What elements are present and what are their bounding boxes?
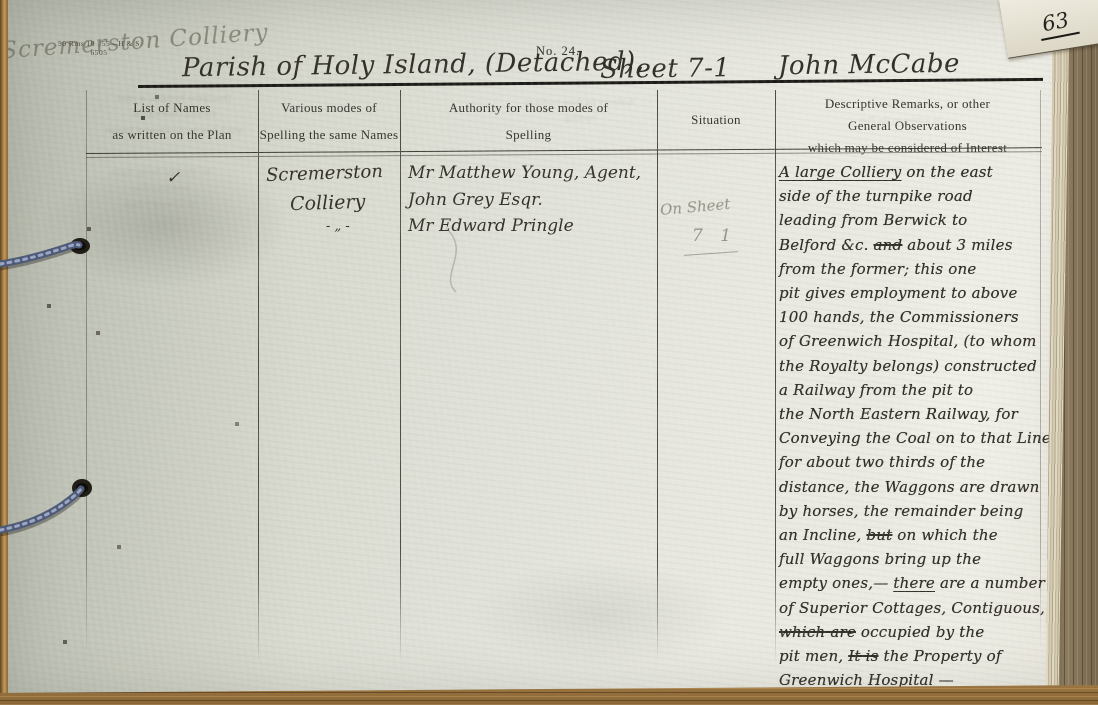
- entry-spelling-line1: Scremerston: [266, 161, 384, 186]
- page: 50 Rms 10 | 55—H & S 6505 No. 24. Parish…: [0, 0, 1098, 705]
- table-column-rule: [258, 90, 259, 662]
- title-surveyor: John McCabe: [778, 49, 960, 82]
- stain: [470, 560, 730, 670]
- table-column-rule: [657, 90, 658, 662]
- scanned-name-book-page: 50 Rms 10 | 55—H & S 6505 No. 24. Parish…: [0, 0, 1098, 705]
- entry-situation-line1: On Sheet: [659, 195, 731, 219]
- bleed-through-text: Mr Matthew Young, Agent,John Grey Esqr.M…: [70, 168, 250, 216]
- page-number: 63: [1036, 6, 1079, 41]
- table-left-rule: [86, 90, 87, 658]
- table-column-rule: [775, 90, 776, 662]
- header-list-of-names: List of Namesas written on the Plan: [86, 100, 258, 154]
- entry-situation-line2: 7 1: [692, 226, 737, 246]
- entry-spelling-ditto: - „ -: [326, 219, 350, 234]
- stain: [40, 160, 290, 290]
- entry-spelling-line2: Colliery: [290, 191, 366, 216]
- table-column-rule: [400, 90, 401, 662]
- entry-authority: Mr Matthew Young, Agent,John Grey Esqr.M…: [408, 160, 641, 240]
- situation-underline: [684, 251, 738, 256]
- header-situation: Situation: [657, 112, 775, 139]
- header-various-modes: Various modes ofSpelling the same Names: [258, 100, 400, 154]
- entry-remarks: A large Colliery on the eastside of the …: [779, 160, 1056, 692]
- checkmark: ✓: [166, 168, 180, 188]
- title-parish: Parish of Holy Island, (Detached),: [182, 47, 645, 83]
- header-descriptive-remarks: Descriptive Remarks, or otherGeneral Obs…: [775, 96, 1040, 162]
- wood-table-left: [0, 0, 8, 705]
- header-authority: Authority for those modes ofSpelling: [400, 100, 657, 154]
